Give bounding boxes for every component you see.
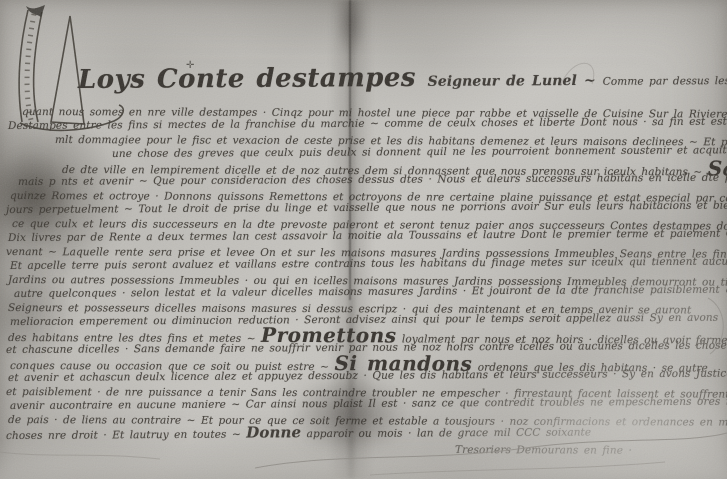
- manuscript-line: Tresoriers Demourans en fine ·: [455, 444, 632, 458]
- manuscript-line: Loys Conte destampes Seigneur de Lunel ~…: [78, 68, 727, 92]
- manuscript-line: choses nre droit · Et lautruy en toutes …: [6, 424, 591, 443]
- manuscript-text: choses nre droit · Et lautruy en toutes …: [6, 429, 246, 442]
- manuscript-page: ✛ Loys Conte destampes Seigneur de Lunel…: [0, 0, 727, 479]
- manuscript-text: Tresoriers Demourans en fine ·: [455, 444, 632, 457]
- display-word: Donne: [246, 423, 301, 441]
- manuscript-text: apparoir ou mois · lan de grace mil CCC …: [301, 426, 591, 440]
- display-word: Loys Conte destampes: [78, 63, 428, 95]
- display-word: Seigneur de Lunel ~: [428, 73, 603, 90]
- manuscript-text: Comme par dessus les Contes destampes et…: [603, 73, 727, 88]
- manuscript-text-block: Loys Conte destampes Seigneur de Lunel ~…: [0, 0, 727, 479]
